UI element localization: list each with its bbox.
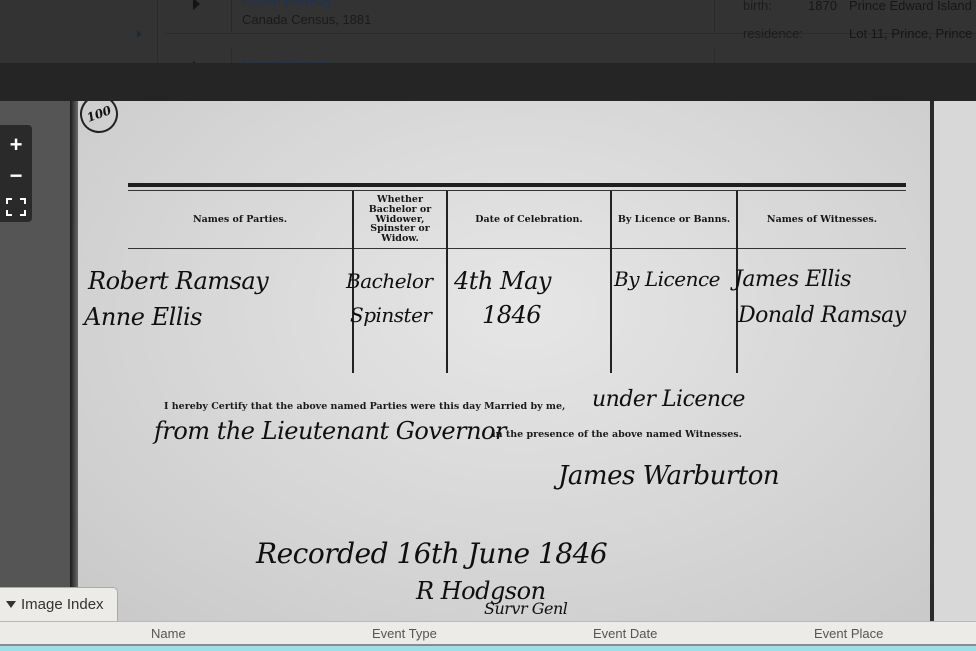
zoom-controls: + − [0,125,32,222]
event-place: Lot 11, Prince, Prince [849,26,972,41]
image-index-row-selected[interactable] [0,646,976,651]
recorded-line: Recorded 16th June 1846 [256,537,607,570]
column-header-event-place[interactable]: Event Place [814,626,883,641]
event-year: 1870 [808,0,837,13]
condition-2: Spinster [350,303,431,327]
event-label: birth: [743,0,772,13]
result-name-link: Robert Ramsay [242,0,332,9]
recorder-title: Survr Genl [484,599,567,618]
header-licence: By Licence or Banns. [612,191,736,248]
record-viewer-page: Robert Ramsay Canada Census, 1881 birth:… [0,0,976,651]
officiant-signature: James Warburton [558,461,779,491]
fullscreen-button[interactable] [0,191,32,222]
result-collection: Canada Census, 1881 [242,12,371,27]
column-header-event-type[interactable]: Event Type [372,626,437,641]
party-2: Anne Ellis [84,303,202,331]
certificate-line-2: in the presence of the above named Witne… [492,429,742,440]
certificate-governor-hand: from the Lieutenant Governor [154,417,506,445]
result-row: Robert Ramsay [165,49,976,63]
image-viewer[interactable]: 100 Names of Parties. Whether Bachelor o… [0,101,976,621]
page-number-stamp: 100 [75,101,124,138]
event-label: residence: [743,26,803,41]
adjacent-page [934,101,976,621]
record-image[interactable]: 100 Names of Parties. Whether Bachelor o… [70,101,976,621]
condition-1: Bachelor [346,269,433,293]
header-witnesses: Names of Witnesses. [738,191,906,248]
search-results-background: Robert Ramsay Canada Census, 1881 birth:… [0,0,976,63]
column-header-event-date[interactable]: Event Date [593,626,657,641]
result-row: Robert Ramsay Canada Census, 1881 birth:… [165,0,976,34]
certificate-line-1: I hereby Certify that the above named Pa… [164,401,565,412]
header-date: Date of Celebration. [448,191,610,248]
header-names-of-parties: Names of Parties. [128,191,352,248]
expand-arrow-icon [137,30,142,38]
zoom-in-button[interactable]: + [0,129,32,160]
image-index-header: Name Event Type Event Date Event Place [0,621,976,646]
zoom-out-button[interactable]: − [0,160,32,191]
image-index-label: Image Index [21,596,104,613]
date-year: 1846 [482,301,541,329]
image-index-toggle[interactable]: Image Index [0,587,118,621]
caret-down-icon [6,601,16,608]
witness-2: Donald Ramsay [738,303,906,328]
party-1: Robert Ramsay [88,267,268,295]
column-header-name[interactable]: Name [151,626,186,641]
viewer-toolbar-area [0,63,976,101]
certificate-licence-hand: under Licence [592,387,745,412]
licence-value: By Licence [614,267,720,291]
expand-row-icon [193,0,200,10]
header-condition: Whether Bachelor or Widower, Spinster or… [354,191,446,248]
filter-sidebar [0,0,158,63]
event-place: Prince Edward Island [849,0,972,13]
date-day: 4th May [454,267,551,295]
fullscreen-icon [6,198,26,216]
witness-1: James Ellis [734,267,851,292]
